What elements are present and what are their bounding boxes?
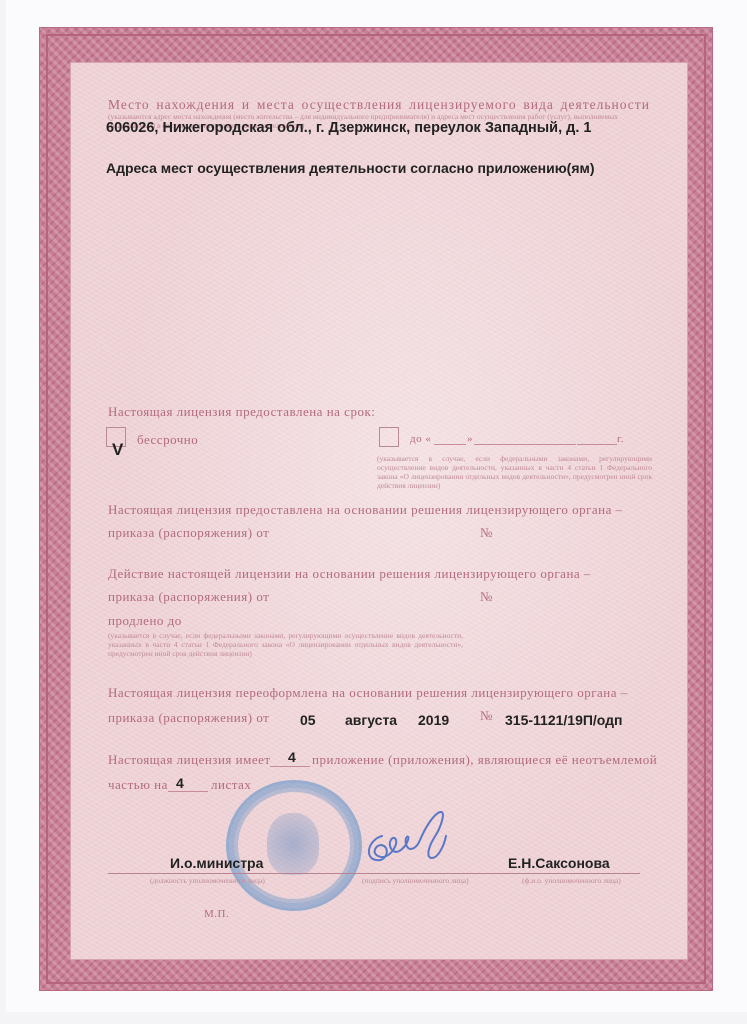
coat-of-arms-icon bbox=[267, 813, 319, 875]
appendices-count-line bbox=[270, 766, 310, 767]
header-word: и bbox=[242, 97, 250, 113]
header-word: Место bbox=[108, 97, 150, 113]
until-checkbox[interactable] bbox=[379, 427, 399, 447]
address-value: 606026, Нижегородская обл., г. Дзержинск… bbox=[106, 120, 591, 136]
reissued-label: Настоящая лицензия переоформлена на осно… bbox=[108, 685, 628, 701]
extended-number-label: № bbox=[480, 589, 493, 605]
until-year-line bbox=[577, 444, 617, 445]
official-seal bbox=[226, 780, 362, 911]
until-quote: » bbox=[467, 433, 473, 445]
header-word: лицензируемого bbox=[409, 97, 516, 113]
appendices-label-start: Настоящая лицензия имеет bbox=[108, 752, 271, 768]
granted-order-label: приказа (распоряжения) от bbox=[108, 525, 269, 541]
signature-hint: (подпись уполномоченного лица) bbox=[362, 876, 469, 885]
header-word: места bbox=[257, 97, 295, 113]
reissued-order-label: приказа (распоряжения) от bbox=[108, 710, 269, 726]
header-word: деятельности bbox=[561, 97, 650, 113]
until-year-suffix: г. bbox=[617, 433, 624, 445]
header-word: осуществления bbox=[302, 97, 403, 113]
extended-order-label: приказа (распоряжения) от bbox=[108, 589, 269, 605]
until-label: до « bbox=[410, 433, 431, 445]
addresses-note: Адреса мест осуществления деятельности с… bbox=[106, 160, 595, 176]
signature-icon bbox=[360, 806, 470, 868]
extended-hint: (указывается в случае, если федеральными… bbox=[108, 631, 463, 658]
term-label: Настоящая лицензия предоставлена на срок… bbox=[108, 404, 375, 420]
reissued-number-label: № bbox=[480, 708, 493, 724]
reissued-day: 05 bbox=[300, 712, 316, 728]
reissued-year: 2019 bbox=[418, 712, 449, 728]
appendices-label-mid: приложение (приложения), являющиеся её н… bbox=[312, 752, 657, 768]
location-header: Место нахождения и места осуществления л… bbox=[108, 97, 650, 113]
signer-name: Е.Н.Саксонова bbox=[508, 855, 610, 871]
seal-label: М.П. bbox=[204, 908, 229, 920]
header-word: нахождения bbox=[156, 97, 235, 113]
granted-label: Настоящая лицензия предоставлена на осно… bbox=[108, 502, 623, 518]
header-word: вида bbox=[523, 97, 553, 113]
signer-position: И.о.министра bbox=[170, 855, 263, 871]
appendices-label-part: частью на bbox=[108, 777, 168, 793]
granted-number-label: № bbox=[480, 525, 493, 541]
extended-until-label: продлено до bbox=[108, 613, 182, 629]
name-hint: (ф.и.о. уполномоченного лица) bbox=[522, 876, 621, 885]
reissued-month: августа bbox=[345, 712, 397, 728]
position-hint: (должность уполномоченного лица) bbox=[150, 876, 265, 885]
signature-line bbox=[108, 873, 640, 874]
appendices-count: 4 bbox=[288, 749, 296, 765]
appendices-sheets-line bbox=[168, 791, 208, 792]
appendices-sheets: 4 bbox=[176, 775, 184, 791]
appendices-label-end: листах bbox=[211, 777, 251, 793]
unlimited-label: бессрочно bbox=[137, 432, 198, 448]
until-hint: (указывается в случае, если федеральными… bbox=[377, 454, 652, 490]
unlimited-checkmark: V bbox=[112, 440, 123, 460]
until-day-line bbox=[434, 444, 466, 445]
reissued-number: 315-1121/19П/одп bbox=[505, 712, 623, 728]
until-month-line bbox=[474, 444, 576, 445]
extended-label: Действие настоящей лицензии на основании… bbox=[108, 566, 591, 582]
